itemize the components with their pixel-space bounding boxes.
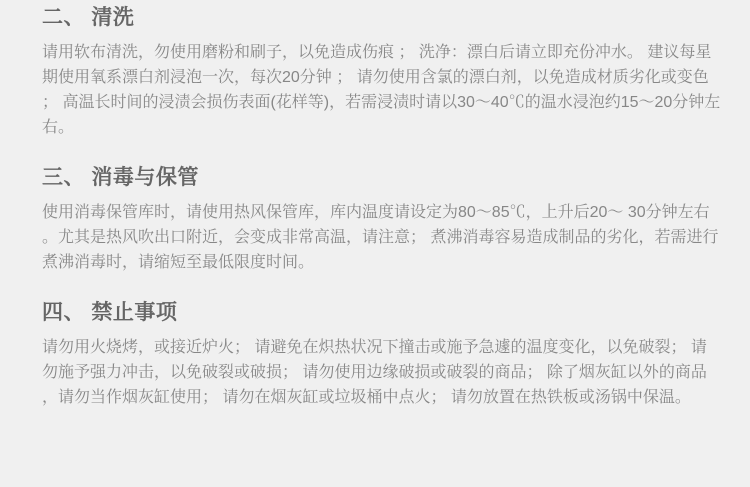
section-disinfection-and-storage: 三、 消毒与保管 使用消毒保管库时，请使用热风保管库，库内温度请设定为80～85… bbox=[42, 166, 722, 275]
section-cleaning: 二、 清洗 请用软布清洗，勿使用磨粉和刷子，以免造成伤痕 ； 洗净：漂白后请立即… bbox=[42, 6, 722, 140]
section-disinfection-and-storage-heading: 三、 消毒与保管 bbox=[42, 166, 722, 190]
section-cleaning-body: 请用软布清洗，勿使用磨粉和刷子，以免造成伤痕 ； 洗净：漂白后请立即充份冲水。 … bbox=[42, 40, 722, 140]
section-disinfection-and-storage-body: 使用消毒保管库时，请使用热风保管库，库内温度请设定为80～85℃，上升后20～ … bbox=[42, 200, 722, 275]
section-prohibitions-body: 请勿用火烧烤，或接近炉火； 请避免在炽热状况下撞击或施予急遽的温度变化，以免破裂… bbox=[42, 335, 722, 410]
section-prohibitions: 四、 禁止事项 请勿用火烧烤，或接近炉火； 请避免在炽热状况下撞击或施予急遽的温… bbox=[42, 301, 722, 410]
care-instructions-document: 二、 清洗 请用软布清洗，勿使用磨粉和刷子，以免造成伤痕 ； 洗净：漂白后请立即… bbox=[0, 0, 750, 410]
section-prohibitions-heading: 四、 禁止事项 bbox=[42, 301, 722, 325]
section-cleaning-heading: 二、 清洗 bbox=[42, 6, 722, 30]
